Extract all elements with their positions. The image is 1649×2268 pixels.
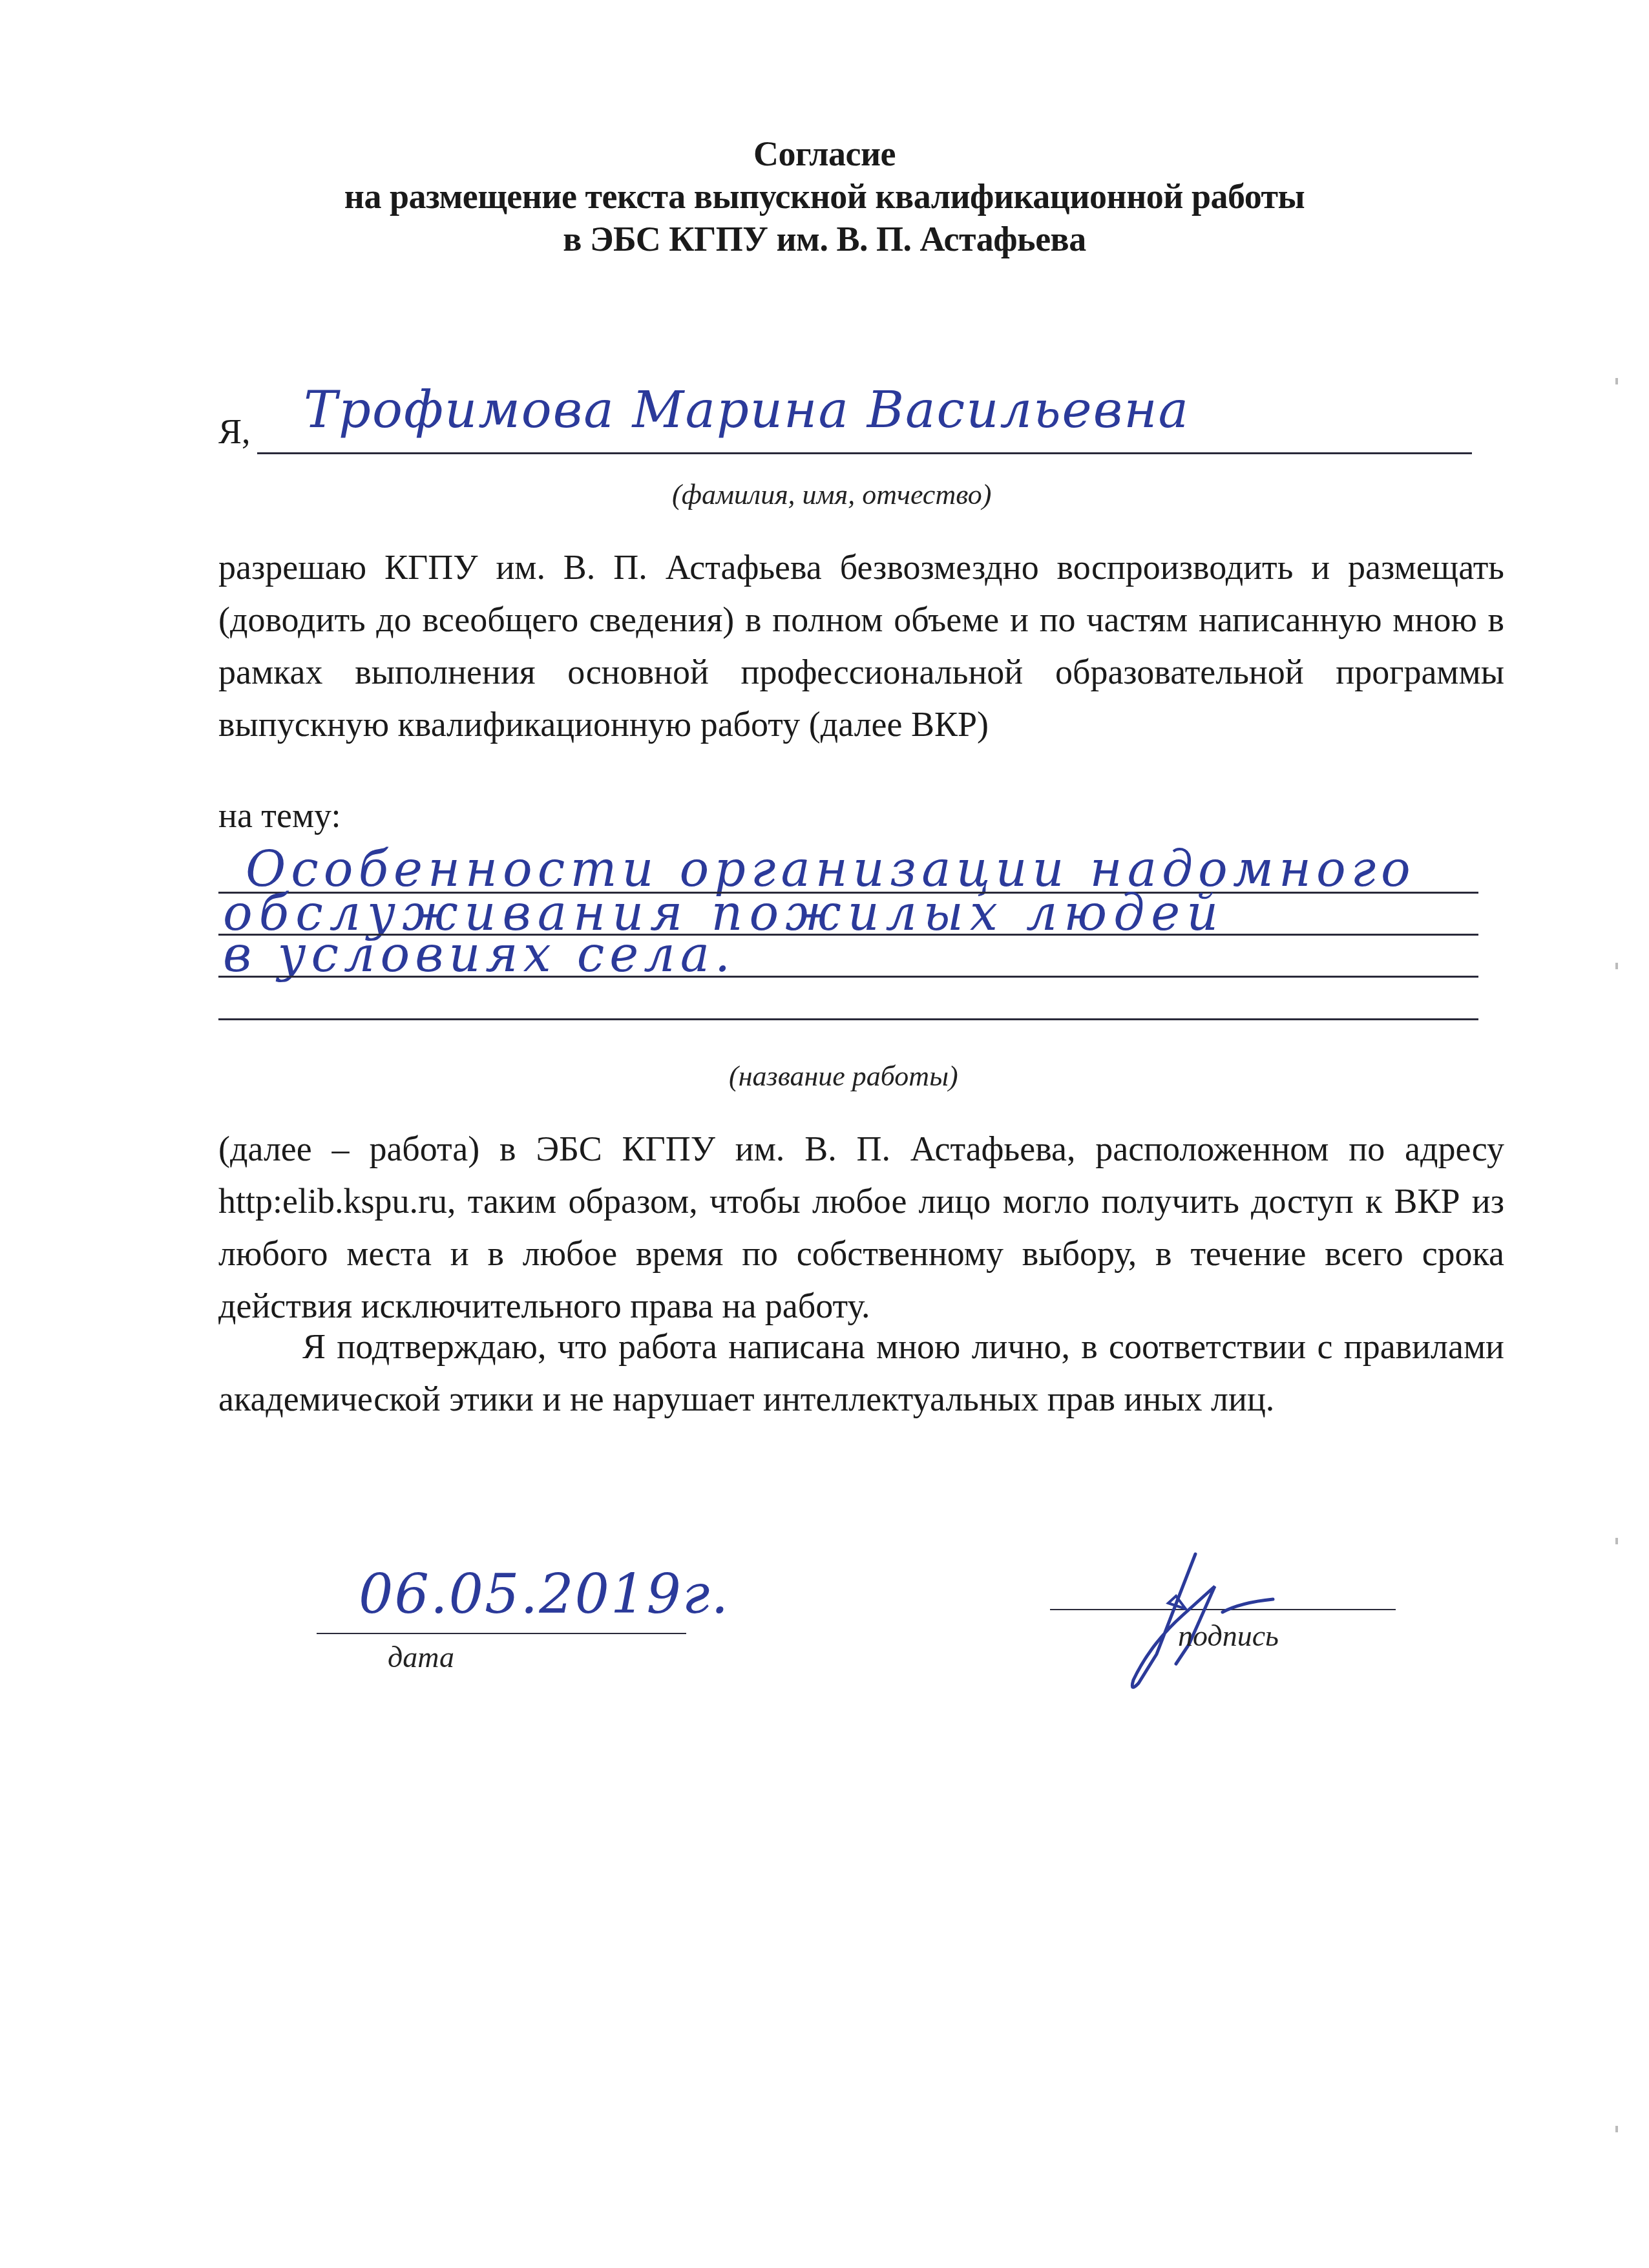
scan-speck: [1615, 378, 1618, 384]
title-line-3: в ЭБС КГПУ им. В. П. Астафьева: [0, 218, 1649, 260]
access-paragraph: (далее – работа) в ЭБС КГПУ им. В. П. Ас…: [218, 1123, 1504, 1332]
confirmation-paragraph: Я подтверждаю, что работа написана мною …: [218, 1321, 1504, 1425]
permission-paragraph: разрешаю КГПУ им. В. П. Астафьева безвоз…: [218, 541, 1504, 751]
name-handwritten-value[interactable]: Трофимова Марина Васильевна: [304, 381, 1190, 439]
title-line-1: Согласие: [0, 132, 1649, 175]
scan-speck: [1615, 2126, 1618, 2132]
scan-speck: [1615, 963, 1618, 969]
date-caption: дата: [388, 1640, 454, 1674]
topic-underline-3: [218, 976, 1478, 978]
topic-line-3[interactable]: в условиях села.: [223, 925, 735, 983]
signature-caption: подпись: [1178, 1619, 1279, 1653]
topic-underline-4: [218, 1018, 1478, 1020]
scan-speck: [1615, 1538, 1618, 1544]
name-caption: (фамилия, имя, отчество): [672, 478, 991, 511]
title-line-2: на размещение текста выпускной квалифика…: [0, 175, 1649, 218]
name-prefix: Я,: [218, 406, 251, 458]
date-handwritten-value[interactable]: 06.05.2019г.: [359, 1562, 730, 1626]
date-underline: [317, 1633, 686, 1634]
topic-caption: (название работы): [729, 1060, 958, 1093]
consent-document-page: Согласие на размещение текста выпускной …: [0, 0, 1649, 2268]
topic-label: на тему:: [218, 790, 341, 842]
name-underline: [257, 452, 1472, 454]
document-title: Согласие на размещение текста выпускной …: [0, 132, 1649, 260]
